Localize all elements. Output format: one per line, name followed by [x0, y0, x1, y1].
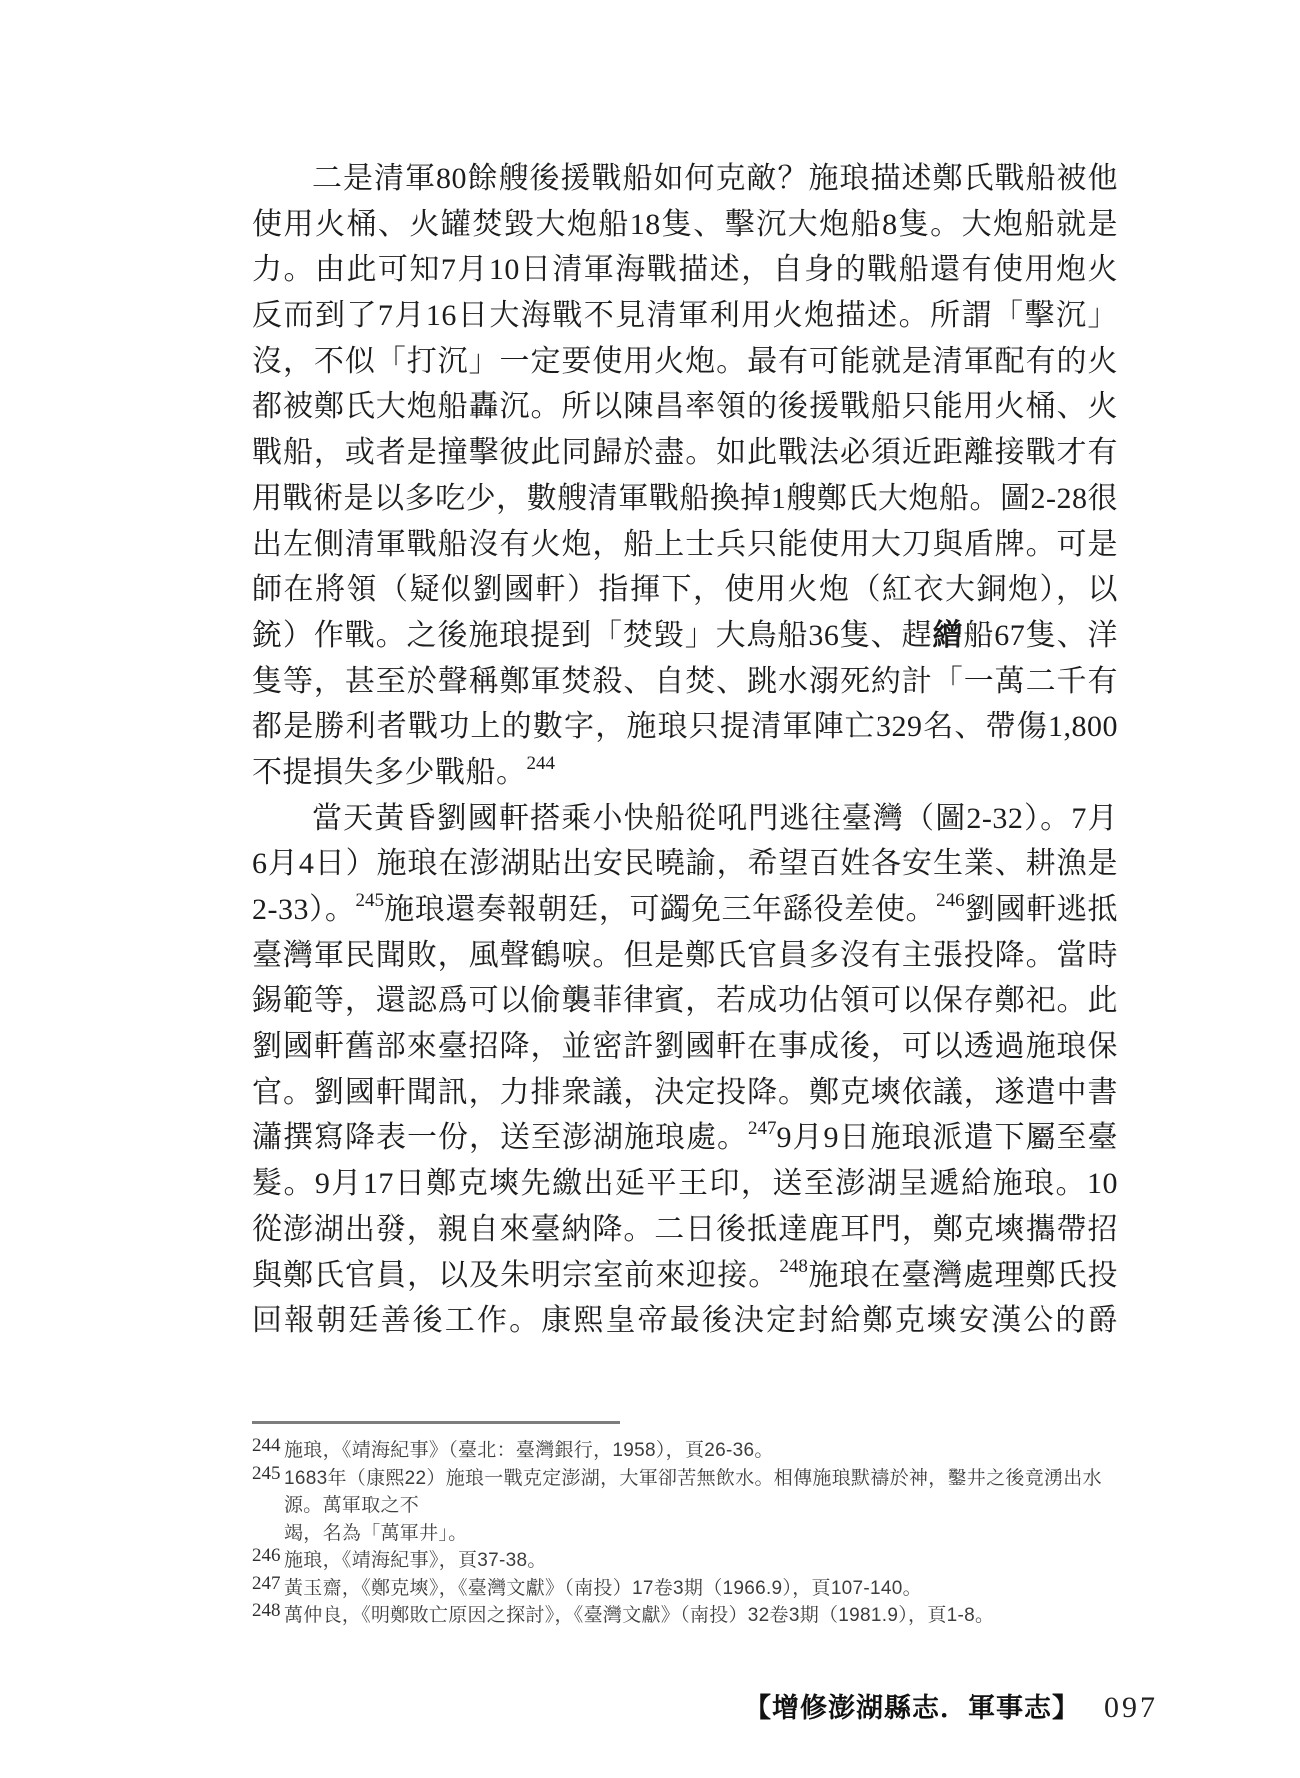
- page-footer: 【增修澎湖縣志．軍事志】 097: [744, 1686, 1158, 1725]
- footnote-ref: 246: [936, 890, 965, 911]
- body-text-line: 從澎湖出發，親自來臺納降。二日後抵達鹿耳門，鄭克塽攜帶招討大將軍印: [252, 1207, 1118, 1253]
- body-text-line: 都被鄭氏大炮船轟沉。所以陳昌率領的後援戰船只能用火桶、火罐焚毀鄭氏: [252, 384, 1118, 430]
- footnote-text: 萬仲良，《明鄭敗亡原因之探討》，《臺灣文獻》（南投）32卷3期（1981.9），…: [284, 1602, 1130, 1630]
- footnote-number: 247: [252, 1570, 284, 1598]
- body-text-line: 當天黃昏劉國軒搭乘小快船從吼門逃往臺灣（圖2-32）。7月27日（閏: [252, 796, 1118, 842]
- footnote-text-line: 黃玉齋，《鄭克塽》，《臺灣文獻》（南投）17卷3期（1966.9），頁107-1…: [284, 1575, 1130, 1603]
- footnote-text: 施琅，《靖海紀事》，頁37-38。: [284, 1547, 1130, 1575]
- footnote-ref: 245: [356, 890, 385, 911]
- body-text-line: 官。劉國軒聞訊，力排衆議，決定投降。鄭克塽依議，遂遣中書舍人鄭德: [252, 1070, 1118, 1116]
- footnote-number: 246: [252, 1542, 284, 1570]
- body-text-line: 用戰術是以多吃少，數艘清軍戰船換掉1艘鄭氏大炮船。圖2-28很清楚描繪: [252, 476, 1118, 522]
- body-text-line: 使用火桶、火罐焚毀大炮船18隻、擊沉大炮船8隻。大炮船就是鄭氏水師主: [252, 202, 1118, 248]
- body-text-line: 瀟撰寫降表一份，送至澎湖施琅處。2479月9日施琅派遣下屬至臺灣曉諭薙: [252, 1115, 1118, 1161]
- bold-glyph: 繒: [932, 619, 963, 652]
- footnote-number: 244: [252, 1432, 284, 1460]
- body-text-line: 劉國軒舊部來臺招降，並密許劉國軒在事成後，可以透過施琅保舉擔任總兵: [252, 1024, 1118, 1070]
- volume-title: 【增修澎湖縣志．軍事志】: [744, 1686, 1080, 1725]
- footnote-ref: 248: [779, 1256, 808, 1277]
- body-text-line: 臺灣軍民聞敗，風聲鶴唳。但是鄭氏官員多沒有主張投降。當時包括侍衛馮: [252, 933, 1118, 979]
- footnote: 244施琅，《靖海紀事》（臺北：臺灣銀行，1958），頁26-36。: [252, 1437, 1130, 1465]
- footnote-ref: 244: [527, 753, 556, 774]
- body-text-line: 力。由此可知7月10日清軍海戰描述，自身的戰船還有使用炮火轟擊記錄，: [252, 247, 1118, 293]
- footnotes-section: 244施琅，《靖海紀事》（臺北：臺灣銀行，1958），頁26-36。245168…: [252, 1437, 1130, 1630]
- body-text-line: 髮。9月17日鄭克塽先繳出延平王印，送至澎湖呈遞給施琅。10月1日施琅: [252, 1161, 1118, 1207]
- footnote: 248萬仲良，《明鄭敗亡原因之探討》，《臺灣文獻》（南投）32卷3期（1981.…: [252, 1602, 1130, 1630]
- footnote-text-line: 施琅，《靖海紀事》，頁37-38。: [284, 1547, 1130, 1575]
- footnote: 246施琅，《靖海紀事》，頁37-38。: [252, 1547, 1130, 1575]
- body-text-line: 都是勝利者戰功上的數字，施琅只提清軍陣亡329名、帶傷1,800餘名，但: [252, 704, 1118, 750]
- body-text-line: 出左側清軍戰船沒有火炮，船上士兵只能使用大刀與盾牌。可是右側鄭氏水: [252, 522, 1118, 568]
- footnote-text: 黃玉齋，《鄭克塽》，《臺灣文獻》（南投）17卷3期（1966.9），頁107-1…: [284, 1575, 1130, 1603]
- footnote-text-line: 萬仲良，《明鄭敗亡原因之探討》，《臺灣文獻》（南投）32卷3期（1981.9），…: [284, 1602, 1130, 1630]
- page-number: 097: [1104, 1691, 1158, 1725]
- body-text-line: 銃）作戰。之後施琅提到「焚毀」大鳥船36隻、趕繒船67隻、洋船改戰船5: [252, 613, 1118, 659]
- footnote: 2451683年（康熙22）施琅一戰克定澎湖，大軍卻苦無飲水。相傳施琅默禱於神，…: [252, 1465, 1130, 1548]
- footnote-text: 1683年（康熙22）施琅一戰克定澎湖，大軍卻苦無飲水。相傳施琅默禱於神，鑿井之…: [284, 1465, 1130, 1548]
- footnote: 247黃玉齋，《鄭克塽》，《臺灣文獻》（南投）17卷3期（1966.9），頁10…: [252, 1575, 1130, 1603]
- body-text-line: 與鄭氏官員，以及朱明宗室前來迎接。248施琅在臺灣處理鄭氏投降事宜，並: [252, 1253, 1118, 1299]
- footnote-text: 施琅，《靖海紀事》（臺北：臺灣銀行，1958），頁26-36。: [284, 1437, 1130, 1465]
- footnote-number: 248: [252, 1597, 284, 1625]
- body-text-line: 二是清軍80餘艘後援戰船如何克敵？施琅描述鄭氏戰船被他的麾下，: [252, 156, 1118, 202]
- body-text-line: 回報朝廷善後工作。康熙皇帝最後決定封給鄭克塽安漢公的爵位，並撥入正: [252, 1298, 1118, 1344]
- footnote-text-line: 1683年（康熙22）施琅一戰克定澎湖，大軍卻苦無飲水。相傳施琅默禱於神，鑿井之…: [284, 1465, 1130, 1520]
- body-text-line: 錫範等，還認爲可以偷襲菲律賓，若成功佔領可以保存鄭祀。此時施琅派遣: [252, 978, 1118, 1024]
- body-text-line: 反而到了7月16日大海戰不見清軍利用火炮描述。所謂「擊沉」是撞擊而沉: [252, 293, 1118, 339]
- footnote-text-line: 竭，名為「萬軍井」。: [284, 1520, 1130, 1548]
- document-page: 二是清軍80餘艘後援戰船如何克敵？施琅描述鄭氏戰船被他的麾下，使用火桶、火罐焚毀…: [0, 0, 1300, 1778]
- footnote-ref: 247: [748, 1118, 777, 1139]
- body-text-line: 沒，不似「打沉」一定要使用火炮。最有可能就是清軍配有的火炮戰船，全: [252, 339, 1118, 385]
- paragraph: 當天黃昏劉國軒搭乘小快船從吼門逃往臺灣（圖2-32）。7月27日（閏6月4日）施…: [252, 796, 1118, 1344]
- body-text-line: 師在將領（疑似劉國軒）指揮下，使用火炮（紅衣大銅炮），以及火槍（鹿: [252, 567, 1118, 613]
- body-text-line: 6月4日）施琅在澎湖貼出安民曉諭，希望百姓各安生業、耕漁是事（圖: [252, 841, 1118, 887]
- body-text-line: 隻等，甚至於聲稱鄭軍焚殺、自焚、跳水溺死約計「一萬二千有奇」。這些: [252, 659, 1118, 705]
- footnote-text-line: 施琅，《靖海紀事》（臺北：臺灣銀行，1958），頁26-36。: [284, 1437, 1130, 1465]
- footnote-number: 245: [252, 1460, 284, 1488]
- body-text-line: 不提損失多少戰船。244: [252, 750, 1118, 796]
- paragraph: 二是清軍80餘艘後援戰船如何克敵？施琅描述鄭氏戰船被他的麾下，使用火桶、火罐焚毀…: [252, 156, 1118, 796]
- body-text: 二是清軍80餘艘後援戰船如何克敵？施琅描述鄭氏戰船被他的麾下，使用火桶、火罐焚毀…: [252, 156, 1118, 1344]
- footnote-separator: [252, 1421, 620, 1424]
- body-text-line: 戰船，或者是撞擊彼此同歸於盡。如此戰法必須近距離接戰才有效果，故使: [252, 430, 1118, 476]
- body-text-line: 2-33）。245施琅還奏報朝廷，可蠲免三年繇役差使。246劉國軒逃抵臺灣，: [252, 887, 1118, 933]
